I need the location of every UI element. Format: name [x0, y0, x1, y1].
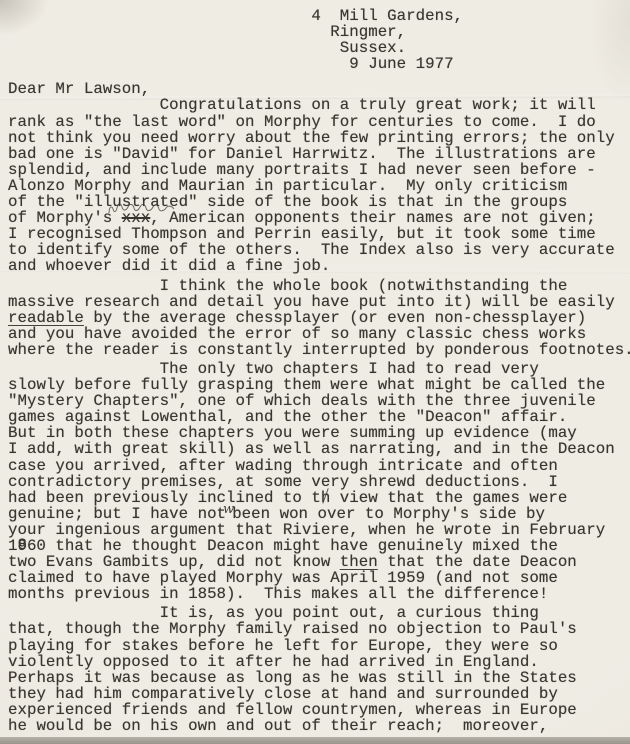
letter-line: that, though the Morphy family raised no… [8, 621, 630, 637]
typed-text: he would be on his own and out of their … [8, 717, 548, 735]
letter-line: experienced friends and fellow countryme… [8, 702, 630, 718]
letter-line: games against Lowenthal, and the other t… [8, 409, 630, 425]
letter-line: of Morphy's xxx, American opponents thei… [8, 210, 630, 226]
letter-line: playing for stakes before he left for Eu… [8, 638, 630, 654]
paragraph: The only two chapters I had to read very… [8, 361, 630, 602]
letter-line: splendid, and include many portraits I h… [8, 162, 630, 178]
letter-line: claimed to have played Morphy was April … [8, 570, 630, 586]
letter-line: case you arrived, after wading through i… [8, 458, 630, 474]
letter-content: 4 Mill Gardens, Ringmer, Sussex. 9 June … [8, 8, 630, 734]
letter-line: I add, with great skill) as well as narr… [8, 441, 630, 457]
address-block: 4 Mill Gardens, Ringmer, Sussex. 9 June … [8, 8, 630, 72]
letter-line: Perhaps it was because as long as he was… [8, 670, 630, 686]
letter-line: slowly before fully grasping them were w… [8, 377, 630, 393]
paragraph: I think the whole book (notwithstanding … [8, 278, 630, 358]
address-line: Sussex. [8, 40, 630, 56]
letter-line: violently opposed to it after he had arr… [8, 654, 630, 670]
paragraph: Dear Mr Lawson, Congratulations on a tru… [8, 81, 630, 274]
letter-line: months previous in 1858). This makes all… [8, 586, 630, 602]
slashed-char: h [321, 490, 330, 506]
typed-text: where the reader is constantly interrupt… [8, 341, 630, 359]
letter-line: bad one is "David" for Daniel Harrwitz. … [8, 146, 630, 162]
overtype-top-char: 8 [17, 537, 26, 553]
letter-line: of the "illustrated" side of the book is… [8, 194, 630, 210]
struckout-word: xxx [122, 210, 150, 226]
letter-line: he would be on his own and out of their … [8, 718, 630, 734]
typed-text: and whoever did it did a fine job. [8, 257, 330, 275]
letter-line: two Evans Gambits up, did not know then … [8, 554, 630, 570]
letter-line: I recognised Thompson and Perrin easily,… [8, 226, 630, 242]
letter-line: rank as "the last word" on Morphy for ce… [8, 114, 630, 130]
letter-line: contradictory premises, at some very shr… [8, 474, 630, 490]
address-line: 9 June 1977 [8, 56, 630, 72]
letter-line: your ingenious argument that Riviere, wh… [8, 522, 630, 538]
scanned-letter-page: 4 Mill Gardens, Ringmer, Sussex. 9 June … [0, 0, 630, 744]
letter-line: But in both these chapters you were summ… [8, 425, 630, 441]
letter-line: and whoever did it did a fine job. [8, 258, 630, 274]
letter-line: I think the whole book (notwithstanding … [8, 278, 630, 294]
typed-text: 9 June 1977 [8, 55, 454, 73]
letter-line: massive research and detail you have put… [8, 294, 630, 310]
scan-edge [0, 737, 630, 744]
letter-line: It is, as you point out, a curious thing [8, 605, 630, 621]
letter-line: and you have avoided the error of so man… [8, 326, 630, 342]
address-line: 4 Mill Gardens, [8, 8, 630, 24]
letter-line: 19860 that he thought Deacon might have … [8, 538, 630, 554]
letter-line: where the reader is constantly interrupt… [8, 342, 630, 358]
letter-line: Alonzo Morphy and Maurian in particular.… [8, 178, 630, 194]
letter-line: The only two chapters I had to read very [8, 361, 630, 377]
letter-line: genuine; but I have notwbeen won over to… [8, 506, 630, 522]
letter-line: readable by the average chessplayer (or … [8, 310, 630, 326]
letter-line: they had him comparatively close at hand… [8, 686, 630, 702]
paragraph: It is, as you point out, a curious thing… [8, 605, 630, 734]
letter-line: not think you need worry about the few p… [8, 130, 630, 146]
letter-line: had been previously inclined to th view … [8, 490, 630, 506]
letter-line: Dear Mr Lawson, [8, 81, 630, 97]
typed-text: months previous in 1858). This makes all… [8, 585, 548, 603]
letter-paragraphs: Dear Mr Lawson, Congratulations on a tru… [8, 81, 630, 734]
letter-line: Congratulations on a truly great work; i… [8, 97, 630, 113]
overtyped-char: 98 [17, 538, 26, 554]
address-line: Ringmer, [8, 24, 630, 40]
handwritten-correction: w [223, 502, 234, 517]
struckout-text: xxx [122, 209, 150, 227]
letter-line: to identify some of the others. The Inde… [8, 242, 630, 258]
letter-line: "Mystery Chapters", one of which deals w… [8, 393, 630, 409]
